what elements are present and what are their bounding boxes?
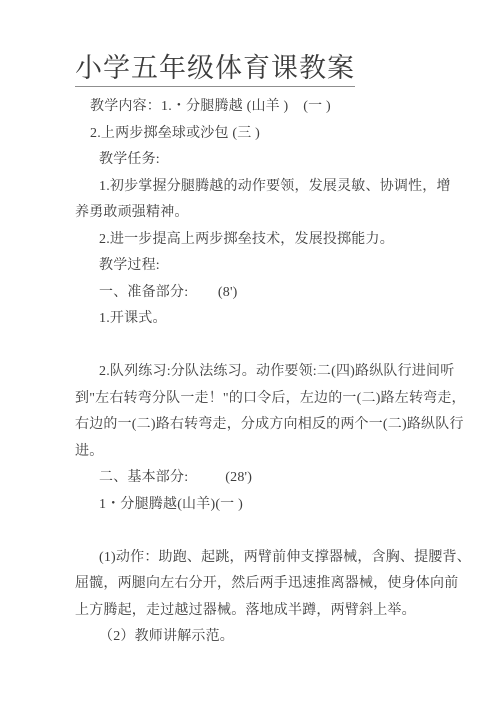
document-line: 进。: [75, 439, 462, 466]
document-line: (1)动作：助跑、起跳，两臂前伸支撑器械，含胸、提腰背、: [99, 545, 462, 572]
document-line: 2.上两步掷垒球或沙包 (三 ): [90, 121, 462, 148]
document-line: 右边的一(二)路右转弯走，分成方向相反的两个一(二)路纵队行: [75, 412, 462, 439]
document-line: 1.初步掌握分腿腾越的动作要领，发展灵敏、协调性，增: [99, 174, 462, 201]
document-line: 2.队列练习:分队法练习。动作要领:二(四)路纵队行进间听: [99, 359, 462, 386]
document-line: 屈髋，两腿向左右分开，然后两手迅速推离器械，使身体向前: [75, 571, 462, 598]
document-page: 小学五年级体育课教案 教学内容：1.・分腿腾越 (山羊 ) (一 )2.上两步掷…: [0, 0, 500, 708]
document-line: 1.开课式。: [99, 306, 462, 333]
document-line: [75, 518, 462, 545]
document-line: [75, 333, 462, 360]
document-line: 教学过程:: [99, 253, 462, 280]
document-body: 教学内容：1.・分腿腾越 (山羊 ) (一 )2.上两步掷垒球或沙包 (三 )教…: [75, 94, 462, 651]
document-line: 2.进一步提高上两步掷垒技术，发展投掷能力。: [99, 227, 462, 254]
document-line: 教学任务:: [99, 147, 462, 174]
document-line: 一、准备部分: (8'): [99, 280, 462, 307]
document-line: （2）教师讲解示范。: [99, 624, 462, 651]
document-line: 教学内容：1.・分腿腾越 (山羊 ) (一 ): [90, 94, 462, 121]
document-line: 二、基本部分: (28'): [99, 465, 462, 492]
document-line: 1・分腿腾越(山羊)(一 ): [99, 492, 462, 519]
document-line: 到"左右转弯分队一走！"的口令后，左边的一(二)路左转弯走，: [75, 386, 462, 413]
document-line: 上方腾起，走过越过器械。落地成半蹲，两臂斜上举。: [75, 598, 462, 625]
document-line: 养勇敢顽强精神。: [75, 200, 462, 227]
document-title: 小学五年级体育课教案: [75, 52, 355, 87]
